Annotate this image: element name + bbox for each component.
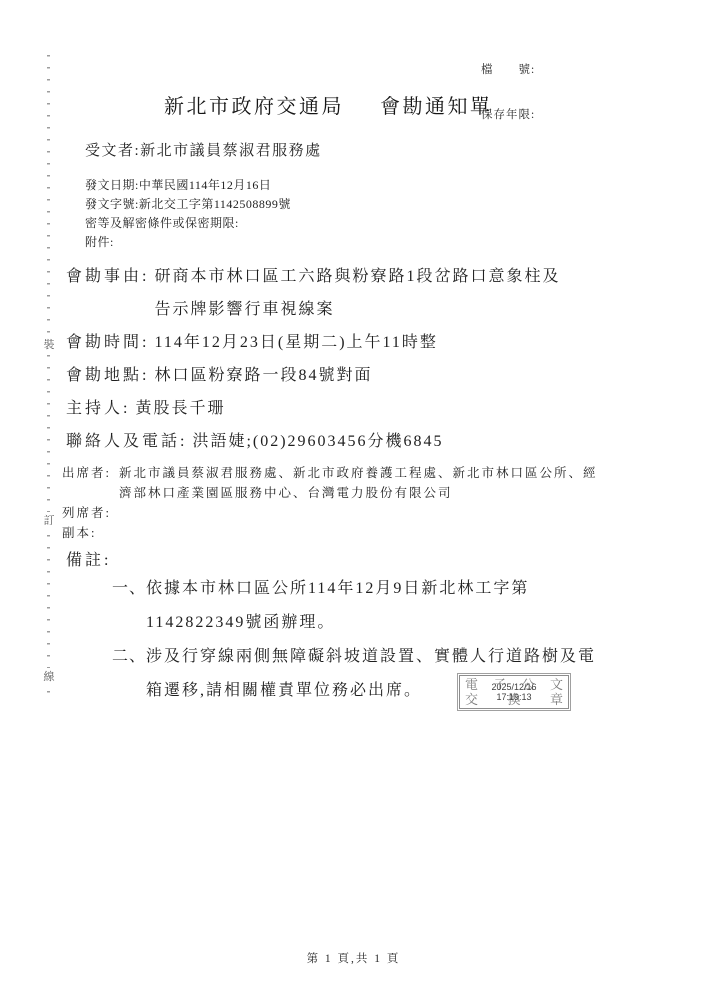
attendees-label: 出席者:: [62, 463, 111, 503]
electronic-exchange-stamp: 電子公文 交換章 2025/12/16 17:19:13: [457, 673, 571, 711]
meta-block: 發文日期:中華民國114年12月16日 發文字號:新北交工字第114250889…: [85, 176, 291, 252]
field-time: 會勘時間: 114年12月23日(星期二)上午11時整: [66, 326, 656, 359]
field-location-label: 會勘地點:: [66, 359, 149, 392]
remark-item-2-marker: 二、: [112, 640, 146, 708]
document-title: 新北市政府交通局 會勘通知單: [164, 90, 493, 119]
field-subject-label: 會勘事由:: [66, 260, 149, 326]
remark-item-1-marker: 一、: [112, 572, 146, 640]
attendees-value: 新北市議員蔡淑君服務處、新北市政府養護工程處、新北市林口區公所、經 濟部林口產業…: [119, 463, 598, 503]
binding-mark-ding: 訂: [42, 512, 56, 531]
stamp-date: 2025/12/16: [491, 682, 536, 692]
issue-date-line: 發文日期:中華民國114年12月16日: [85, 176, 291, 195]
copy-to-label: 副本:: [62, 523, 598, 543]
binding-mark-zhuang: 裝: [42, 336, 56, 355]
security-line: 密等及解密條件或保密期限:: [85, 214, 291, 233]
binding-margin: 裝 訂 線: [42, 55, 56, 703]
remarks-label: 備註:: [66, 547, 111, 570]
field-contact: 聯絡人及電話: 洪語婕;(02)29603456分機6845: [66, 425, 656, 458]
field-location-value: 林口區粉寮路一段84號對面: [154, 359, 372, 392]
title-organization: 新北市政府交通局: [164, 90, 344, 119]
page-number-footer: 第 1 頁,共 1 頁: [0, 950, 707, 966]
field-location: 會勘地點: 林口區粉寮路一段84號對面: [66, 359, 656, 392]
recipient-line: 受文者:新北市議員蔡淑君服務處: [85, 139, 322, 160]
field-time-label: 會勘時間:: [66, 326, 149, 359]
recipient-value: 新北市議員蔡淑君服務處: [140, 143, 322, 159]
field-host-label: 主持人:: [66, 392, 130, 425]
field-host-value: 黃股長千珊: [135, 392, 225, 425]
stamp-datetime: 2025/12/16 17:19:13: [457, 673, 571, 711]
field-time-value: 114年12月23日(星期二)上午11時整: [154, 326, 437, 359]
attachment-line: 附件:: [85, 233, 291, 252]
binding-dotted-line: [47, 55, 50, 703]
attendees-row: 出席者: 新北市議員蔡淑君服務處、新北市政府養護工程處、新北市林口區公所、經 濟…: [62, 463, 598, 503]
document-page: 裝 訂 線 檔 號: 保存年限: 新北市政府交通局 會勘通知單 受文者:新北市議…: [0, 0, 707, 1000]
title-document-type: 會勘通知單: [380, 90, 493, 119]
survey-fields: 會勘事由: 研商本市林口區工六路與粉寮路1段岔路口意象柱及 告示牌影響行車視線案…: [66, 260, 656, 458]
field-contact-value: 洪語婕;(02)29603456分機6845: [192, 425, 443, 458]
field-subject: 會勘事由: 研商本市林口區工六路與粉寮路1段岔路口意象柱及 告示牌影響行車視線案: [66, 260, 656, 326]
doc-number-line: 發文字號:新北交工字第1142508899號: [85, 195, 291, 214]
remark-item-1: 一、 依據本市林口區公所114年12月9日新北林工字第 1142822349號函…: [112, 572, 596, 640]
binding-mark-xian: 線: [42, 668, 56, 687]
remark-item-1-text: 依據本市林口區公所114年12月9日新北林工字第 1142822349號函辦理。: [146, 572, 529, 640]
field-subject-value: 研商本市林口區工六路與粉寮路1段岔路口意象柱及 告示牌影響行車視線案: [154, 260, 560, 326]
stamp-time: 17:19:13: [496, 692, 531, 702]
file-number-label: 檔 號:: [481, 63, 535, 78]
observers-label: 列席者:: [62, 503, 598, 523]
field-contact-label: 聯絡人及電話:: [66, 425, 187, 458]
recipient-label: 受文者:: [85, 143, 140, 159]
attendees-block: 出席者: 新北市議員蔡淑君服務處、新北市政府養護工程處、新北市林口區公所、經 濟…: [62, 463, 598, 543]
field-host: 主持人: 黃股長千珊: [66, 392, 656, 425]
title-gap: [344, 90, 380, 119]
